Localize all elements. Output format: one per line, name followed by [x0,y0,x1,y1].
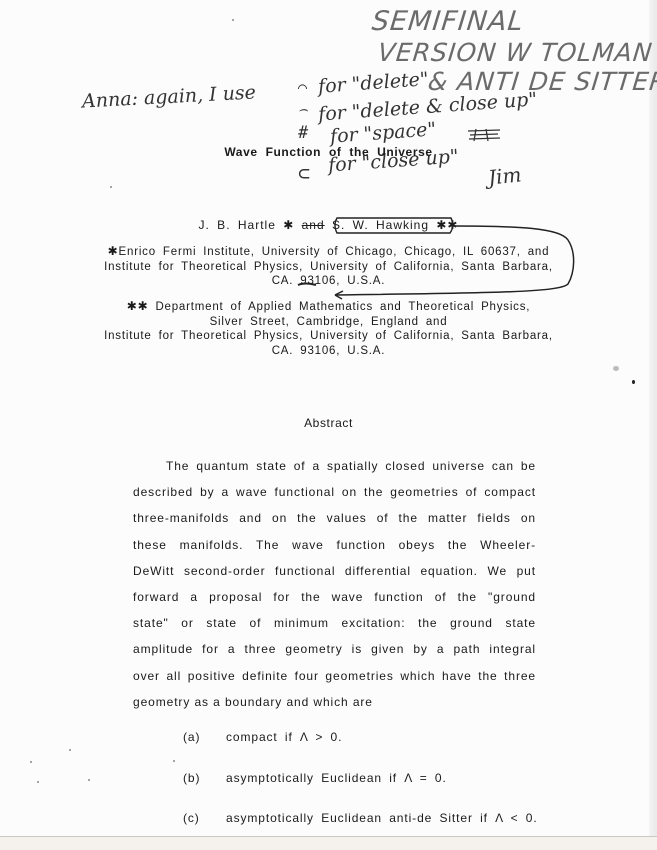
abstract-line: forward a proposal for the wave function… [133,584,536,610]
affiliation-line: Silver Street, Cambridge, England and [0,315,657,330]
proofmark-delete-icon: ⌒ [298,78,307,96]
footnote-mark-icon: ✱✱ [436,218,458,232]
handwritten-instruction: for "delete" [317,68,429,98]
condition-text: asymptotically Euclidean anti-de Sitter … [226,811,538,825]
proofmark-space-icon: # [298,123,308,143]
footnote-mark-icon: ✱✱ [127,299,149,313]
marker-note-line-2: VERSION W TOLMAN [376,38,654,67]
scan-speck [69,749,71,751]
footnote-mark-icon: ✱ [108,244,119,258]
author-line: J. B. Hartle ✱ and S. W. Hawking ✱✱ [0,218,657,232]
author-hawking: S. W. Hawking [332,218,429,232]
abstract-line: state" or state of minimum excitation: t… [133,610,536,636]
paper-title: Wave Function of the Universe [0,145,657,159]
scan-speck [37,781,39,783]
scan-speck [232,19,234,21]
affiliation-1: ✱Enrico Fermi Institute, University of C… [0,244,657,289]
condition-text: asymptotically Euclidean if Λ = 0. [226,771,447,785]
footnote-mark-icon: ✱ [283,218,294,232]
condition-list: (a)compact if Λ > 0. (b)asymptotically E… [183,730,538,850]
condition-item: (c)asymptotically Euclidean anti-de Sitt… [183,811,538,850]
abstract-body: The quantum state of a spatially closed … [133,453,536,715]
affiliation-line: Institute for Theoretical Physics, Unive… [0,260,657,275]
abstract-heading: Abstract [0,416,657,430]
abstract-line: DeWitt second-order functional different… [133,558,536,584]
marker-note-line-1: SEMIFINAL [370,6,525,37]
affiliation-2: ✱✱ Department of Applied Mathematics and… [0,299,657,358]
scan-speck [632,380,635,384]
handwritten-signature: Jim [487,162,523,189]
scan-speck [88,779,90,781]
affiliation-line: CA. 93106, U.S.A. [0,344,657,359]
abstract-line: three-manifolds and on the values of the… [133,505,536,531]
abstract-line: geometry as a boundary and which are [133,689,536,715]
condition-label: (b) [183,771,226,785]
proofmark-delete-close-icon: ⌢ [298,100,308,118]
scan-speck [173,760,175,762]
abstract-line: described by a wave functional on the ge… [133,479,536,505]
condition-text: compact if Λ > 0. [226,730,342,744]
scan-speck [110,186,112,188]
affiliation-line: Enrico Fermi Institute, University of Ch… [119,246,550,258]
condition-item: (a)compact if Λ > 0. [183,730,538,771]
scan-speck [613,366,619,371]
scan-speck [30,761,32,763]
proofmark-close-up-icon: ⊂ [298,161,310,185]
condition-label: (a) [183,730,226,744]
abstract-line: amplitude for a three geometry is given … [133,636,536,662]
condition-label: (c) [183,811,226,825]
marker-note-line-3: & ANTI DE SITTER [426,67,657,96]
handwritten-intro: Anna: again, I use [82,81,257,112]
affiliation-line: CA. 93106, U.S.A. [0,274,657,289]
abstract-line: these manifolds. The wave function obeys… [133,532,536,558]
condition-item: (b)asymptotically Euclidean if Λ = 0. [183,771,538,812]
scribble-mark-icon [466,128,502,142]
struck-conjunction: and [302,218,325,232]
author-hartle: J. B. Hartle [199,218,276,232]
affiliation-line: Department of Applied Mathematics and Th… [155,301,530,313]
scanned-page: SEMIFINAL VERSION W TOLMAN & ANTI DE SIT… [0,0,657,850]
abstract-line: The quantum state of a spatially closed … [133,453,536,479]
affiliation-line: Institute for Theoretical Physics, Unive… [0,329,657,344]
abstract-line: over all positive definite four geometri… [133,663,536,689]
